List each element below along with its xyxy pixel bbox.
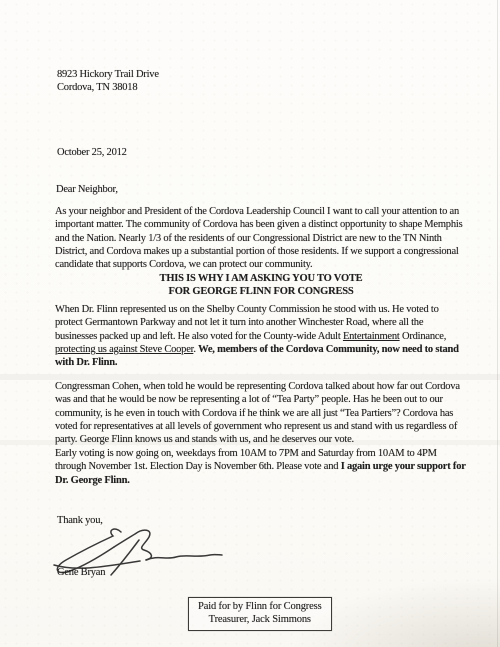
scan-edge-line: [497, 0, 498, 647]
paragraph2-mid: Ordinance,: [400, 331, 447, 342]
salutation: Dear Neighbor,: [56, 183, 118, 196]
signer-name: Gene Bryan: [57, 566, 105, 579]
heading-vote-flinn: THIS IS WHY I AM ASKING YOU TO VOTE FOR …: [55, 272, 467, 299]
sender-address: 8923 Hickory Trail Drive Cordova, TN 380…: [57, 68, 159, 95]
scanned-letter-page: 8923 Hickory Trail Drive Cordova, TN 380…: [0, 0, 500, 647]
heading-line1: THIS IS WHY I AM ASKING YOU TO VOTE: [55, 272, 467, 285]
paragraph2-underlined-cooper: protecting us against Steve Cooper: [55, 344, 193, 355]
sender-address-line1: 8923 Hickory Trail Drive: [57, 68, 159, 81]
heading-line2: FOR GEORGE FLINN FOR CONGRESS: [55, 285, 467, 298]
paragraph-intro: As your neighbor and President of the Co…: [55, 205, 467, 271]
sender-address-line2: Cordova, TN 38018: [57, 81, 159, 94]
paragraph-early-voting: Early voting is now going on, weekdays f…: [55, 447, 467, 487]
letter-date: October 25, 2012: [57, 146, 127, 159]
paragraph-cohen: Congressman Cohen, when told he would be…: [55, 380, 467, 446]
paragraph-flinn-record: When Dr. Flinn represented us on the She…: [55, 303, 467, 369]
paper-wrinkle-shadow: [260, 567, 500, 647]
paragraph2-underlined-entertainment: Entertainment: [343, 331, 400, 342]
